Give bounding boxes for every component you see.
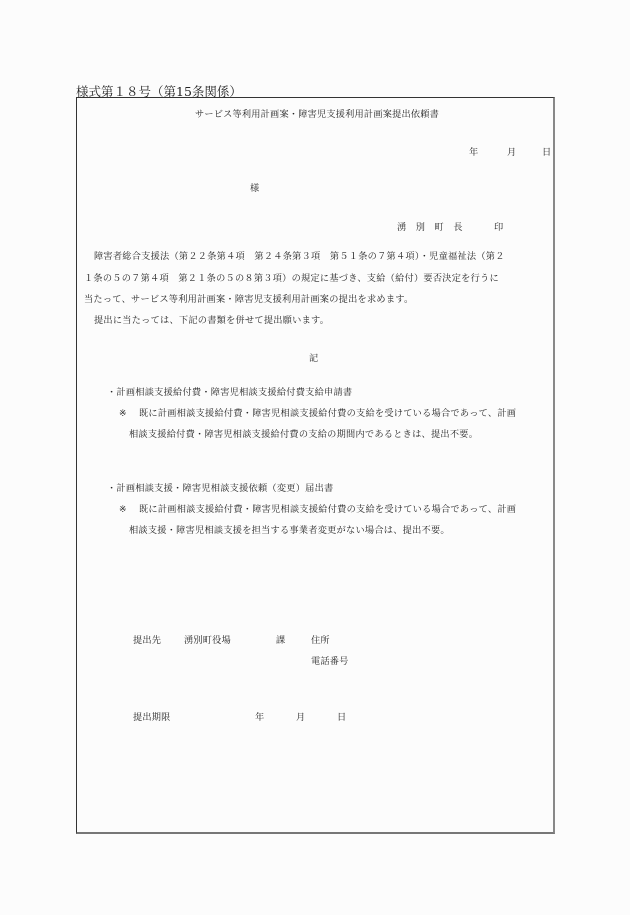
addressee-suffix: 様 <box>250 180 259 194</box>
issuer-seal: 印 <box>494 219 503 233</box>
issuer-name: 湧 別 町 長 <box>397 219 463 233</box>
item-1-note-mark: ※ <box>119 403 127 425</box>
submission-address-label: 住所 <box>311 632 330 646</box>
item-2-note-mark: ※ <box>119 499 127 521</box>
date-year: 年 <box>469 144 478 158</box>
item-1-note-line-1: 既に計画相談支援給付費・障害児相談支援給付費の支給を受けている場合であって、計画 <box>139 403 516 425</box>
item-2-note-line-1: 既に計画相談支援給付費・障害児相談支援給付費の支給を受けている場合であって、計画 <box>139 499 516 521</box>
deadline-month: 月 <box>296 709 305 723</box>
date-month: 月 <box>507 144 516 158</box>
deadline-year: 年 <box>255 709 264 723</box>
item-1-heading: ・計画相談支援給付費・障害児相談支援給付費支給申請書 <box>107 382 352 404</box>
document-title: サービス等利用計画案・障害児支援利用計画案提出依頼書 <box>77 106 557 120</box>
submission-section: 課 <box>276 632 285 646</box>
document-frame: サービス等利用計画案・障害児支援利用計画案提出依頼書 年 月 日 様 湧 別 町… <box>76 97 555 834</box>
body-line-1: 障害者総合支援法（第２２条第４項 第２４条第３項 第５１条の７第４項）・児童福祉… <box>94 246 505 268</box>
submission-label: 提出先 <box>133 632 161 646</box>
item-1-note-line-2: 相談支援給付費・障害児相談支援給付費の支給の期間内であるときは、提出不要。 <box>129 424 478 446</box>
submission-phone-label: 電話番号 <box>311 653 349 667</box>
date-day: 日 <box>542 144 551 158</box>
body-line-2: １条の５の７第４項 第２１条の５の８第３項）の規定に基づき、支給（給付）要否決定… <box>84 268 499 290</box>
ki-heading: 記 <box>309 350 318 364</box>
body-line-4: 提出に当たっては、下記の書類を併せて提出願います。 <box>94 310 329 332</box>
deadline-label: 提出期限 <box>133 709 171 723</box>
item-2-heading: ・計画相談支援・障害児相談支援依頼（変更）届出書 <box>107 478 334 500</box>
item-2-note-line-2: 相談支援・障害児相談支援を担当する事業者変更がない場合は、提出不要。 <box>129 520 450 542</box>
deadline-day: 日 <box>337 709 346 723</box>
submission-office: 湧別町役場 <box>184 632 231 646</box>
body-line-3: 当たって、サービス等利用計画案・障害児支援利用計画案の提出を求めます。 <box>84 289 413 311</box>
